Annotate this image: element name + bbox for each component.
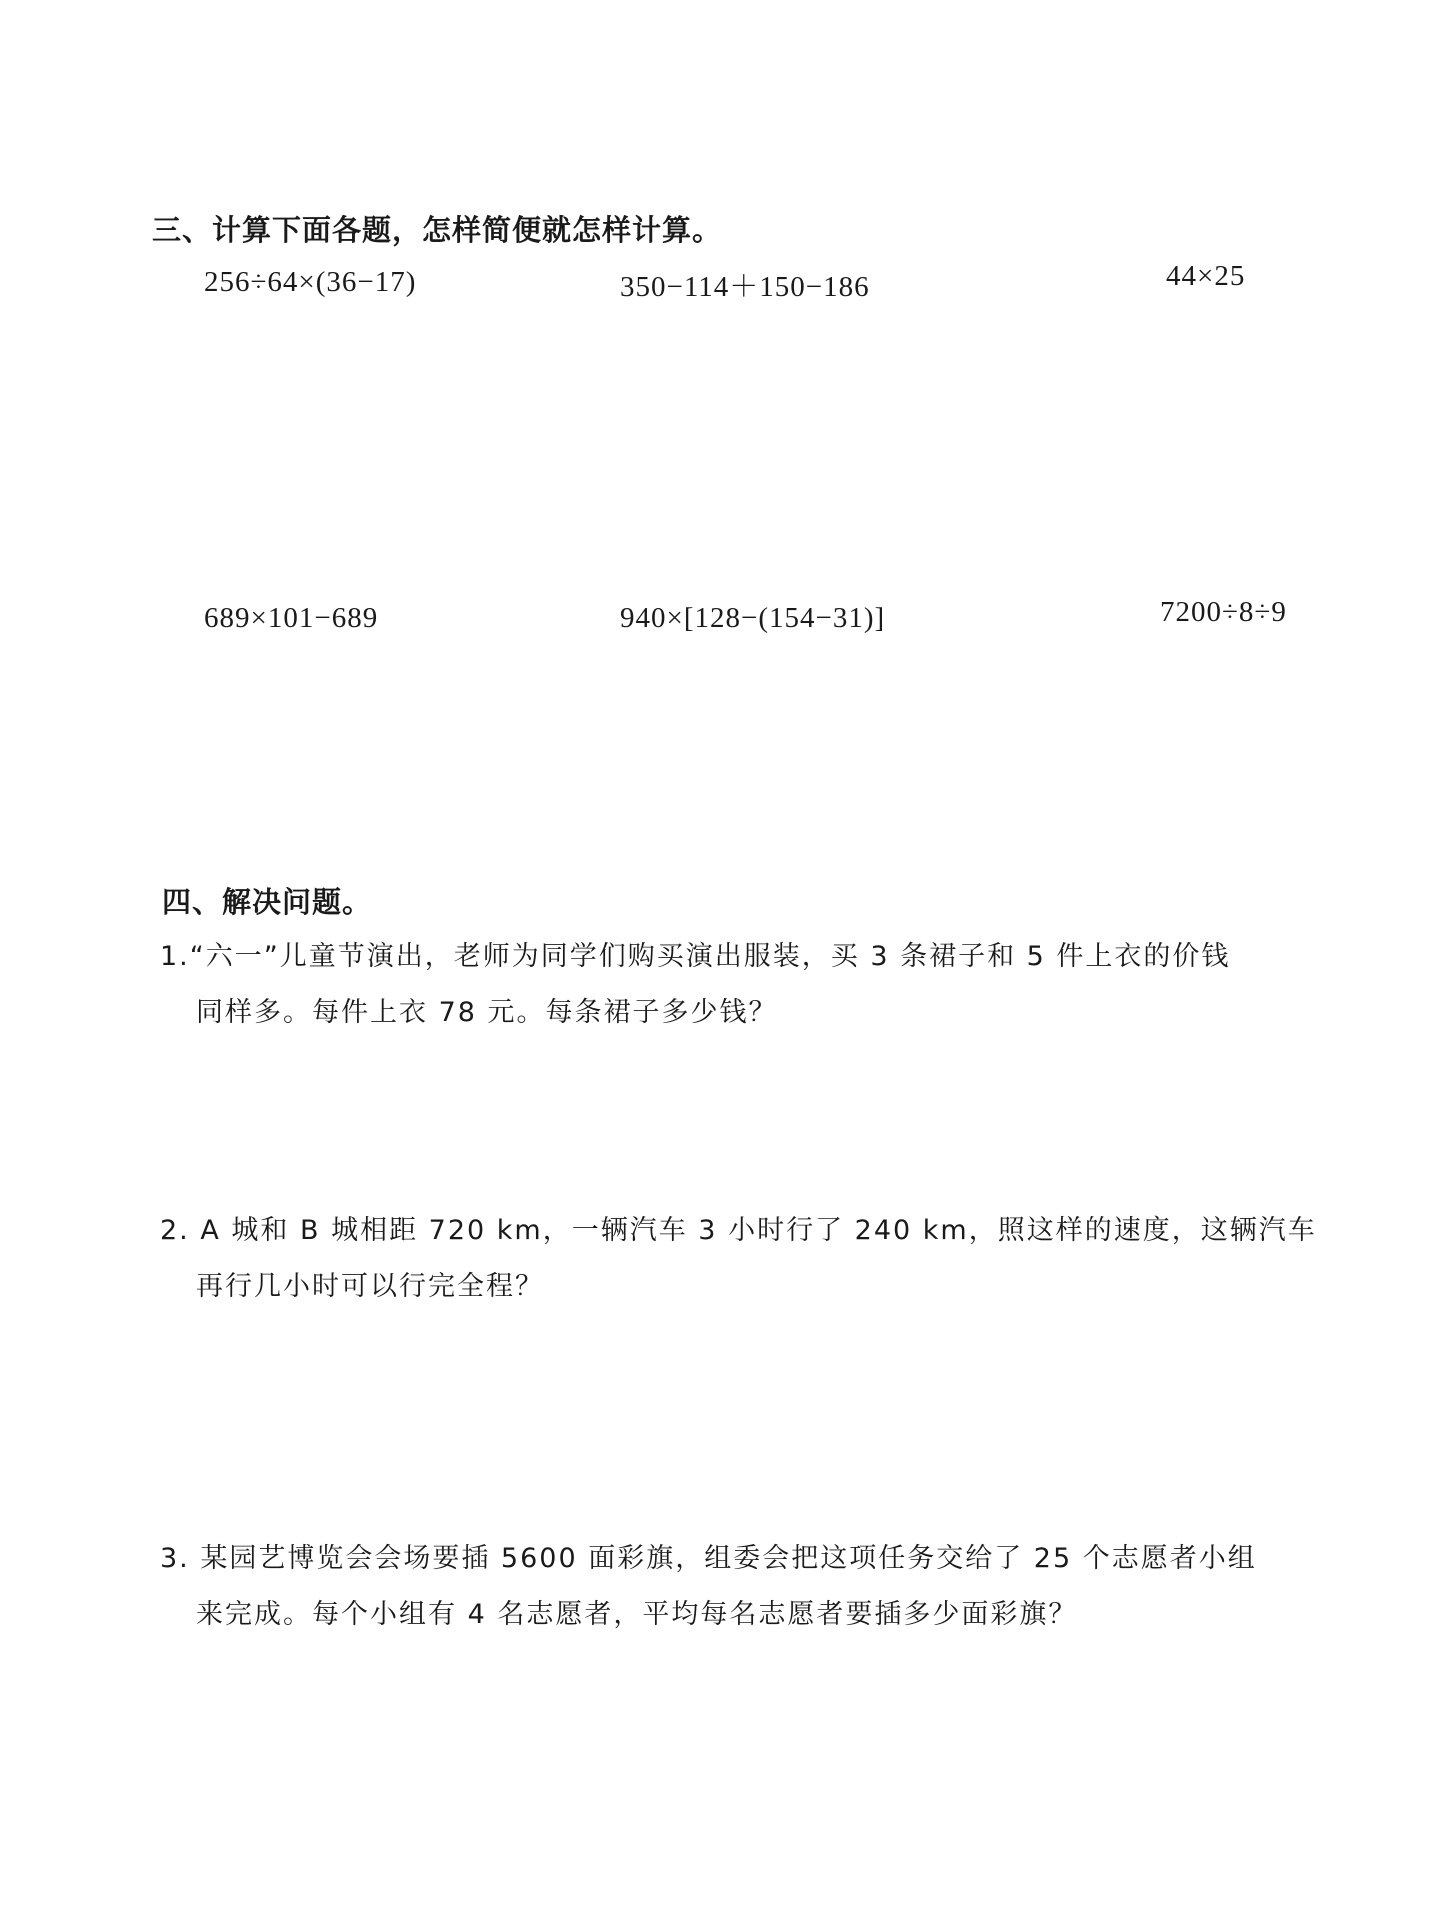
expression-5: 940×[128−(154−31)] [620,602,885,635]
expression-6: 7200÷8÷9 [1160,596,1287,629]
question-1-line-2: 同样多。每件上衣 78 元。每条裙子多少钱？ [196,990,778,1029]
question-2-line-1: 2. A 城和 B 城相距 720 km，一辆汽车 3 小时行了 240 km，… [160,1208,1317,1247]
expression-2: 350−114＋150−186 [620,264,870,305]
question-3-line-2: 来完成。每个小组有 4 名志愿者，平均每名志愿者要插多少面彩旗？ [196,1592,1077,1631]
expression-1: 256÷64×(36−17) [204,266,416,299]
question-1-line-1: 1.“六一”儿童节演出，老师为同学们购买演出服装，买 3 条裙子和 5 件上衣的… [160,934,1230,973]
expression-3: 44×25 [1166,260,1245,293]
question-3-line-1: 3. 某园艺博览会会场要插 5600 面彩旗，组委会把这项任务交给了 25 个志… [160,1536,1257,1575]
question-2-line-2: 再行几小时可以行完全程？ [196,1264,544,1303]
section-4-title: 四、解决问题。 [162,880,372,921]
section-3-title: 三、计算下面各题，怎样简便就怎样计算。 [152,208,722,249]
expression-4: 689×101−689 [204,602,378,635]
